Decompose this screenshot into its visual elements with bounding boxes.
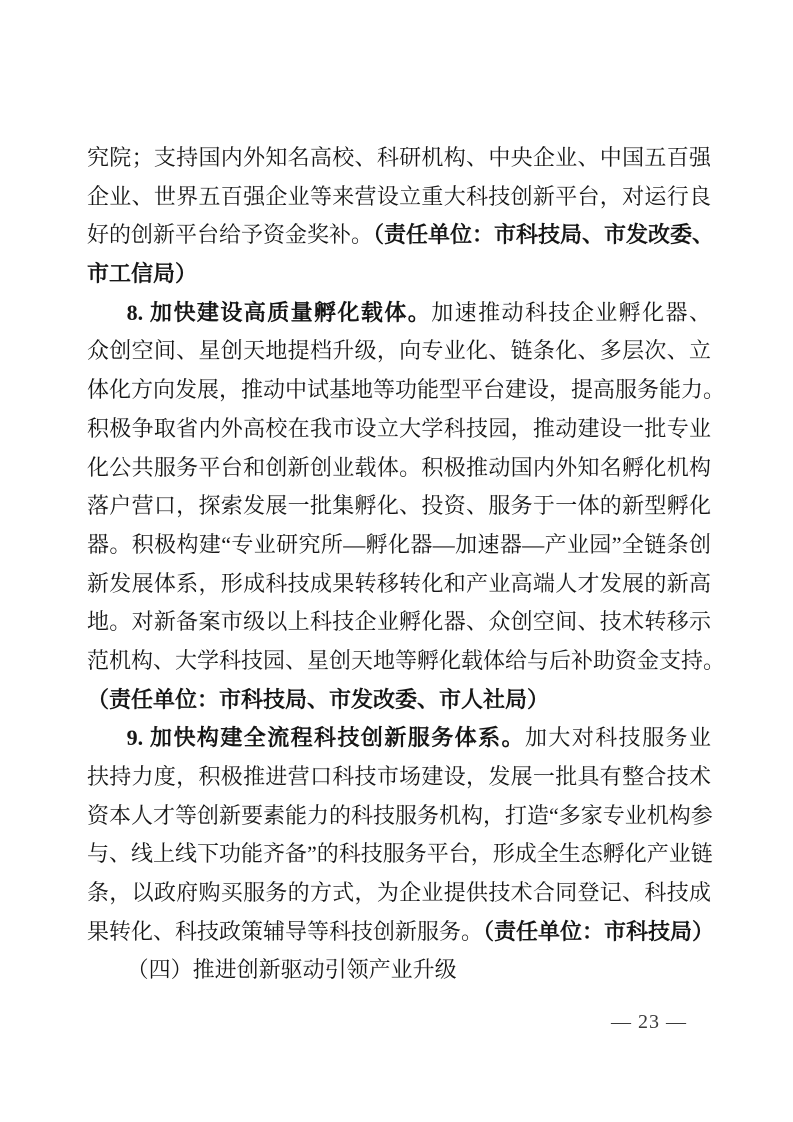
text-line: 好的创新平台给予资金奖补。（责任单位：市科技局、市发改委、 bbox=[87, 216, 711, 255]
subsection-heading-text: （四）推进创新驱动引领产业升级 bbox=[127, 957, 457, 982]
body-text: 扶持力度，积极推进营口科技市场建设，发展一批具有整合技术 bbox=[87, 764, 711, 789]
responsibility-unit-text: （责任单位：市科技局、市发改委、 bbox=[373, 222, 714, 247]
text-line: 体化方向发展，推动中试基地等功能型平台建设，提高服务能力。 bbox=[87, 371, 711, 410]
text-line: 与、线上线下功能齐备”的科技服务平台，形成全生态孵化产业链 bbox=[87, 835, 711, 874]
text-line: （责任单位：市科技局、市发改委、市人社局） bbox=[87, 681, 711, 720]
body-text: 加大对科技服务业 bbox=[525, 725, 711, 750]
responsibility-unit-text: 市工信局） bbox=[87, 261, 197, 286]
page-number: — 23 — bbox=[611, 1012, 687, 1032]
text-line: 器。积极构建“专业研究所—孵化器—加速器—产业园”全链条创 bbox=[87, 526, 711, 565]
text-line: 究院；支持国内外知名高校、科研机构、中央企业、中国五百强 bbox=[87, 139, 711, 178]
text-line: （四）推进创新驱动引领产业升级 bbox=[87, 951, 711, 990]
body-text: 地。对新备案市级以上科技企业孵化器、众创空间、技术转移示 bbox=[87, 609, 711, 634]
body-text: 加速推动科技企业孵化器、 bbox=[431, 300, 711, 325]
text-line: 范机构、大学科技园、星创天地等孵化载体给与后补助资金支持。 bbox=[87, 642, 711, 681]
body-text: 果转化、科技政策辅导等科技创新服务。 bbox=[87, 919, 483, 944]
text-line: 资本人才等创新要素能力的科技服务机构，打造“多家专业机构参 bbox=[87, 797, 711, 836]
body-text: 资本人才等创新要素能力的科技服务机构，打造“多家专业机构参 bbox=[87, 803, 713, 828]
body-text: 化公共服务平台和创新创业载体。积极推动国内外知名孵化机构 bbox=[87, 455, 711, 480]
text-line: 新发展体系，形成科技成果转移转化和产业高端人才发展的新高 bbox=[87, 565, 711, 604]
body-text: 条，以政府购买服务的方式，为企业提供技术合同登记、科技成 bbox=[87, 880, 711, 905]
clause-heading-text: 9. 加快构建全流程科技创新服务体系。 bbox=[127, 725, 525, 750]
document-page: 究院；支持国内外知名高校、科研机构、中央企业、中国五百强企业、世界五百强企业等来… bbox=[0, 0, 793, 1122]
clause-heading-text: 8. 加快建设高质量孵化载体。 bbox=[127, 300, 432, 325]
text-line: 化公共服务平台和创新创业载体。积极推动国内外知名孵化机构 bbox=[87, 449, 711, 488]
body-text: 器。积极构建“专业研究所—孵化器—加速器—产业园”全链条创 bbox=[87, 532, 711, 557]
body-text: 企业、世界五百强企业等来营设立重大科技创新平台，对运行良 bbox=[87, 184, 711, 209]
body-text: 落户营口，探索发展一批集孵化、投资、服务于一体的新型孵化 bbox=[87, 493, 711, 518]
body-text: 究院；支持国内外知名高校、科研机构、中央企业、中国五百强 bbox=[87, 145, 711, 170]
text-line: 扶持力度，积极推进营口科技市场建设，发展一批具有整合技术 bbox=[87, 758, 711, 797]
text-line: 市工信局） bbox=[87, 255, 711, 294]
responsibility-unit-text: （责任单位：市科技局） bbox=[483, 919, 714, 944]
text-line: 众创空间、星创天地提档升级，向专业化、链条化、多层次、立 bbox=[87, 332, 711, 371]
body-text: 范机构、大学科技园、星创天地等孵化载体给与后补助资金支持。 bbox=[87, 648, 725, 673]
text-line: 9. 加快构建全流程科技创新服务体系。加大对科技服务业 bbox=[87, 719, 711, 758]
text-line: 企业、世界五百强企业等来营设立重大科技创新平台，对运行良 bbox=[87, 178, 711, 217]
body-text: 与、线上线下功能齐备”的科技服务平台，形成全生态孵化产业链 bbox=[87, 841, 713, 866]
text-line: 条，以政府购买服务的方式，为企业提供技术合同登记、科技成 bbox=[87, 874, 711, 913]
text-line: 落户营口，探索发展一批集孵化、投资、服务于一体的新型孵化 bbox=[87, 487, 711, 526]
text-line: 果转化、科技政策辅导等科技创新服务。（责任单位：市科技局） bbox=[87, 913, 711, 952]
body-text: 好的创新平台给予资金奖补。 bbox=[87, 222, 373, 247]
text-line: 8. 加快建设高质量孵化载体。加速推动科技企业孵化器、 bbox=[87, 294, 711, 333]
text-line: 地。对新备案市级以上科技企业孵化器、众创空间、技术转移示 bbox=[87, 603, 711, 642]
body-text: 众创空间、星创天地提档升级，向专业化、链条化、多层次、立 bbox=[87, 338, 711, 363]
body-text: 新发展体系，形成科技成果转移转化和产业高端人才发展的新高 bbox=[87, 571, 711, 596]
document-body: 究院；支持国内外知名高校、科研机构、中央企业、中国五百强企业、世界五百强企业等来… bbox=[87, 139, 711, 990]
body-text: 积极争取省内外高校在我市设立大学科技园，推动建设一批专业 bbox=[87, 416, 711, 441]
text-line: 积极争取省内外高校在我市设立大学科技园，推动建设一批专业 bbox=[87, 410, 711, 449]
body-text: 体化方向发展，推动中试基地等功能型平台建设，提高服务能力。 bbox=[87, 377, 725, 402]
responsibility-unit-text: （责任单位：市科技局、市发改委、市人社局） bbox=[87, 687, 549, 712]
